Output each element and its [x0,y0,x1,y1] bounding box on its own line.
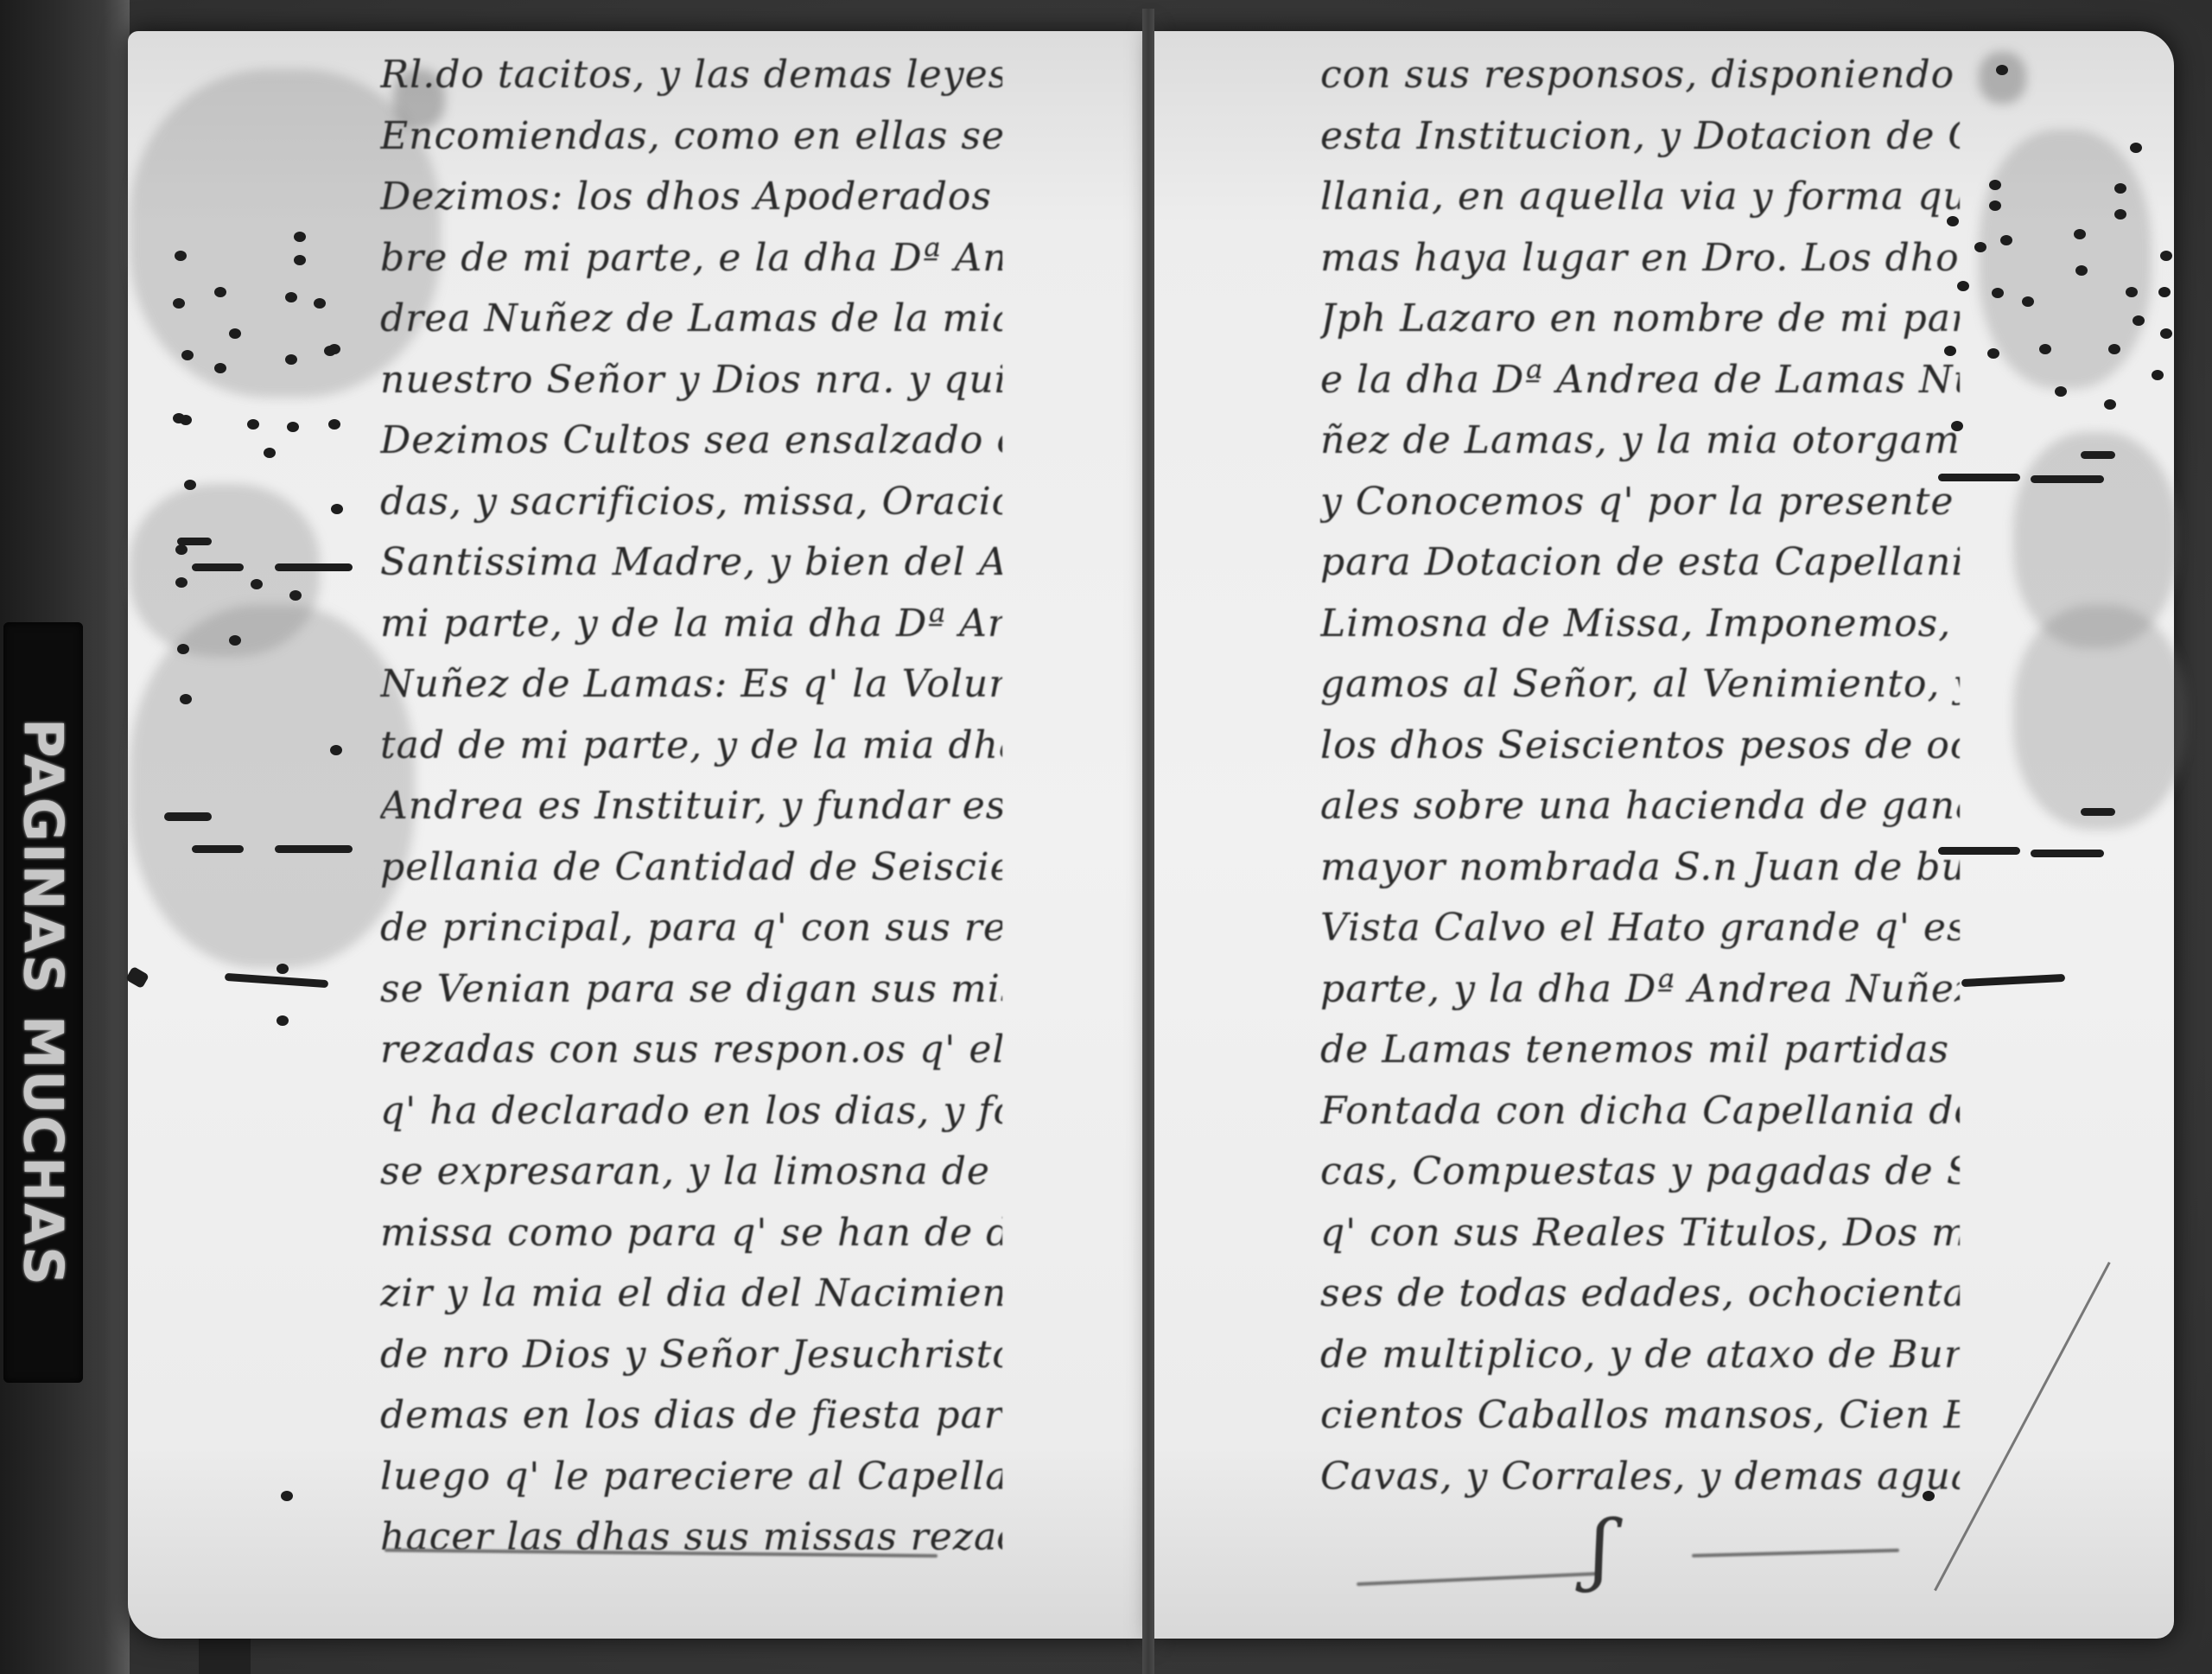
spine-label: PAGINAS MUCHAS [3,622,83,1383]
bleed-dot [180,415,192,425]
bleed-dot [229,635,241,646]
manuscript-line: luego q' le pareciere al Capellan q' [380,1447,1002,1508]
manuscript-line: parte, y la dha Dª Andrea Nuñez [1320,959,1960,1021]
manuscript-line: Cavas, y Corrales, y demas aguas, Sobre [1320,1447,1960,1508]
bleed-dot [331,504,343,514]
manuscript-line: hacer las dhas sus missas rezadas [380,1507,1002,1569]
bleed-dot [175,577,188,588]
bleed-dot [173,298,185,309]
manuscript-line: Limosna de Missa, Imponemos, y car- [1320,594,1960,655]
bleed-dot [2000,235,2012,245]
manuscript-line: q' con sus Reales Titulos, Dos mil Re- [1320,1203,1960,1264]
water-stain [1979,130,2152,389]
bleed-dot [276,964,289,974]
bleed-dot [214,287,226,297]
bleed-dash [164,812,212,821]
manuscript-line: Dezimos Cultos sea ensalzado con ofren- [380,411,1002,472]
bleed-dot [175,544,188,555]
bleed-dot [247,419,259,430]
bleed-dot [2114,183,2126,194]
manuscript-line: ses de todas edades, ochocientas Yeguas [1320,1263,1960,1325]
bleed-dot [1989,200,2001,211]
manuscript-line: Encomiendas, como en ellas se contienen … [380,106,1002,168]
bleed-dot [2114,209,2126,220]
manuscript-line: de principal, para q' con sus reditos q' [380,898,1002,959]
bleed-dot [294,255,306,265]
bleed-dot [229,328,241,339]
bleed-dot [181,350,194,360]
bleed-dot [1992,288,2004,298]
manuscript-line: de Lamas tenemos mil partidas de la [1320,1020,1960,1081]
manuscript-line: Jph Lazaro en nombre de mi parte [1320,289,1960,350]
bleed-dash [192,563,244,571]
bleed-dot [214,363,226,373]
manuscript-line: se expresaran, y la limosna de cada [380,1142,1002,1203]
bleed-dash [192,845,244,853]
bleed-dot [2126,287,2138,297]
bleed-dot [2152,370,2164,380]
bleed-dot [1996,65,2008,75]
manuscript-line: esta Institucion, y Dotacion de Cape- [1320,106,1960,168]
manuscript-line: cientos Caballos mansos, Cien Burras [1320,1385,1960,1447]
bleed-dot [2160,251,2172,261]
bleed-dot [175,251,187,261]
bleed-dot [287,422,299,432]
manuscript-line: missa como para q' se han de de- [380,1203,1002,1264]
bleed-dot [2074,229,2086,239]
bleed-dot [2158,287,2171,297]
manuscript-line: ales sobre una hacienda de ganado [1320,776,1960,837]
bleed-dash [2081,808,2115,816]
bleed-dot [285,354,297,365]
manuscript-line: de nro Dios y Señor Jesuchristo, y las [380,1325,1002,1386]
manuscript-line: nuestro Señor y Dios nra. y quiere [380,350,1002,411]
bleed-dot [289,590,302,601]
bleed-dot [2130,143,2142,153]
manuscript-line: y Conocemos q' por la presente Carta que [1320,472,1960,533]
manuscript-line: mi parte, y de la mia dha Dª Andrea [380,594,1002,655]
manuscript-line: de multiplico, y de ataxo de Burros, Do- [1320,1325,1960,1386]
bleed-dot [180,694,192,704]
manuscript-line: ñez de Lamas, y la mia otorgamos [1320,411,1960,472]
microfilm-frame: PAGINAS MUCHAS [0,0,2212,1674]
manuscript-line: Vista Calvo el Hato grande q' es de mi [1320,898,1960,959]
manuscript-line: llania, en aquella via y forma que [1320,167,1960,228]
page-gutter [1142,9,1154,1674]
water-stain [2013,605,2186,830]
bleed-dot [264,448,276,458]
bleed-dot [328,419,340,430]
manuscript-line: los dhos Seiscientos pesos de ocho Re- [1320,716,1960,777]
bleed-dot [2055,386,2067,397]
manuscript-line: para Dotacion de esta Capellania q' [1320,532,1960,594]
bleed-dot [2104,399,2116,410]
manuscript-line: Dezimos: los dhos Apoderados en nom- [380,167,1002,228]
left-page-text: Rl.do tacitos, y las demas leyes de las … [380,45,1002,1569]
manuscript-line: gamos al Señor, al Venimiento, y quitar [1320,654,1960,716]
bleed-dot [184,480,196,490]
spine-label-text: PAGINAS MUCHAS [12,718,75,1287]
manuscript-line: rezadas con sus respon.os q' el Capellan [380,1020,1002,1081]
manuscript-line: Andrea es Instituir, y fundar esta Ca- [380,776,1002,837]
manuscript-line: pellania de Cantidad de Seiscientos p.s [380,837,1002,899]
bleed-dot [1974,242,1986,252]
manuscript-line: zir y la mia el dia del Nacimiento [380,1263,1002,1325]
bleed-dash [2081,451,2115,459]
manuscript-line: das, y sacrificios, missa, Oraciones y [380,472,1002,533]
right-page-text: con sus responsos, disponiendo en dicho … [1320,45,1960,1507]
bleed-dash [275,563,353,571]
bleed-dot [251,579,263,589]
bleed-dot [324,346,336,356]
manuscript-line: Nuñez de Lamas: Es q' la Volun- [380,654,1002,716]
bleed-dot [281,1491,293,1501]
manuscript-line: con sus responsos, disponiendo en dicho [1320,45,1960,106]
manuscript-line: drea Nuñez de Lamas de la mia, q' [380,289,1002,350]
bleed-dot [1987,348,1999,359]
bleed-dot [276,1015,289,1026]
manuscript-line: se Venian para se digan sus missas [380,959,1002,1021]
manuscript-line: e la dha Dª Andrea de Lamas Nu- [1320,350,1960,411]
manuscript-line: Fontada con dicha Capellania de pro- [1320,1081,1960,1143]
manuscript-line: q' ha declarado en los dias, y formas q' [380,1081,1002,1143]
bleed-dash [275,845,353,853]
bleed-dash [177,538,212,545]
bleed-dot [314,298,326,309]
flourish-mark: ʃ [1590,1504,1611,1594]
manuscript-line: mayor nombrada S.n Juan de buena [1320,837,1960,899]
manuscript-line: mas haya lugar en Dro. Los dhos Dª Sor [1320,228,1960,290]
bleed-dot [1989,180,2001,190]
bleed-dash [2031,475,2104,483]
bleed-dash [2031,850,2104,857]
bleed-dot [285,292,297,302]
water-stain [1979,52,2026,104]
manuscript-line: bre de mi parte, e la dha Dª An- [380,228,1002,290]
bleed-dot [330,745,342,755]
book-spine: PAGINAS MUCHAS [0,0,130,1674]
bleed-dot [177,644,189,654]
bleed-dot [2039,344,2051,354]
water-stain [130,605,415,968]
bleed-dot [2160,328,2172,339]
manuscript-line: Rl.do tacitos, y las demas leyes de las [380,45,1002,106]
bleed-dot [2022,296,2034,307]
manuscript-line: demas en los dias de fiesta parte, y [380,1385,1002,1447]
bleed-dot [294,232,306,242]
bleed-dot [2108,344,2120,354]
manuscript-line: Santissima Madre, y bien del Alma de [380,532,1002,594]
manuscript-line: cas, Compuestas y pagadas de Su Mag. [1320,1142,1960,1203]
manuscript-line: tad de mi parte, y de la mia dha Dª [380,716,1002,777]
bleed-dot [2133,315,2145,326]
bleed-dot [2075,265,2088,276]
